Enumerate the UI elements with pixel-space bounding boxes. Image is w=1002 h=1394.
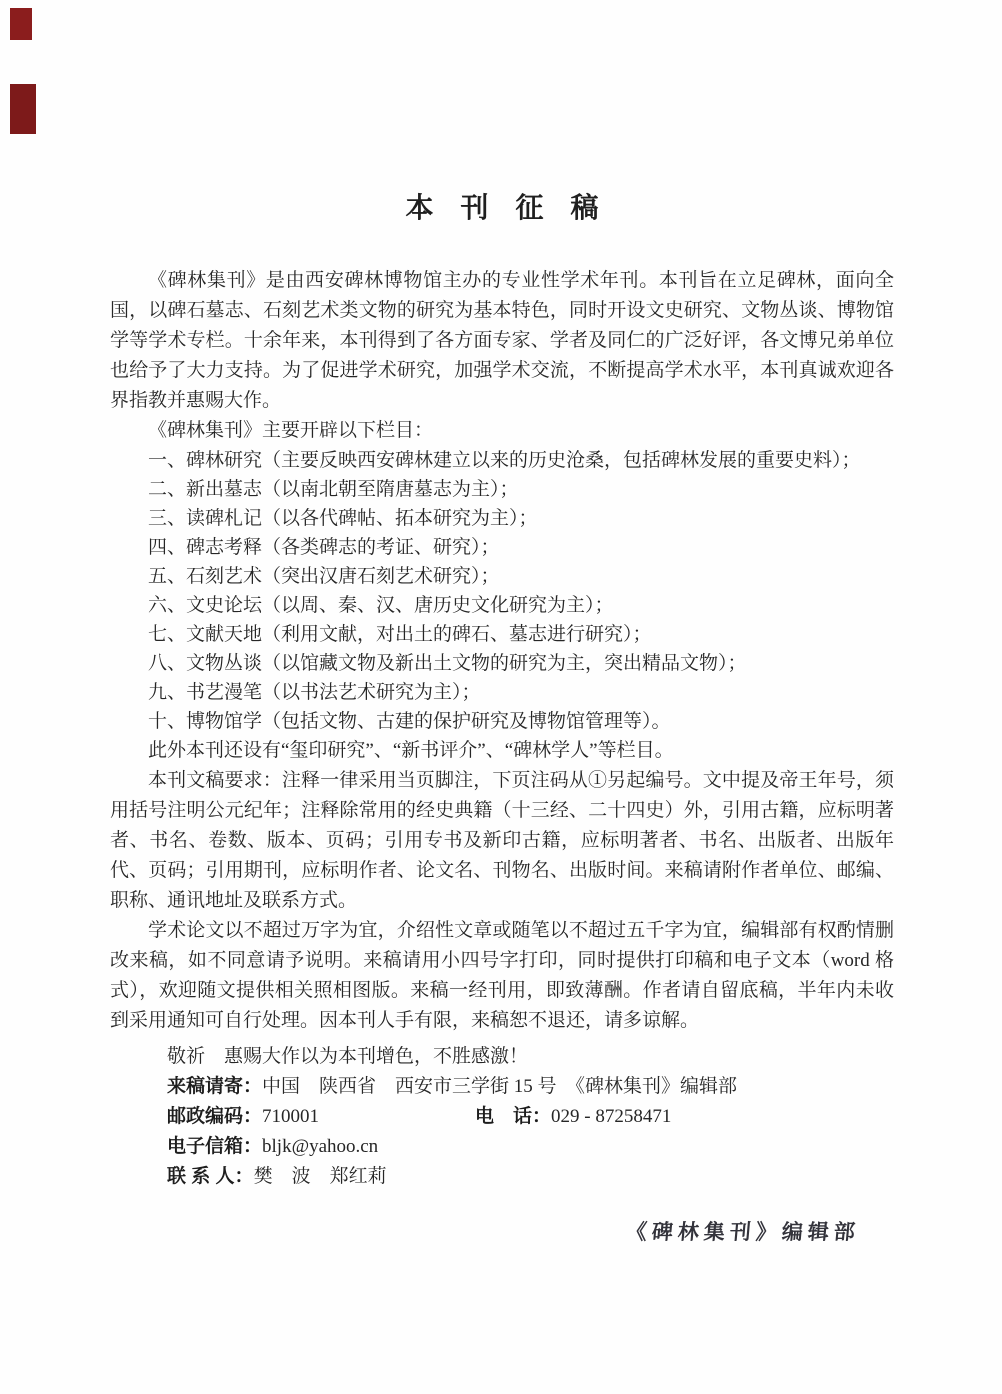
intro-paragraph: 《碑林集刊》是由西安碑林博物馆主办的专业性学术年刊。本刊旨在立足碑林，面向全国，…	[110, 266, 894, 416]
document-content: 本 刊 征 稿 《碑林集刊》是由西安碑林博物馆主办的专业性学术年刊。本刊旨在立足…	[110, 186, 894, 1192]
column-item: 三、读碑札记（以各代碑帖、拓本研究为主）；	[110, 504, 894, 533]
phone-value: 029 - 87258471	[551, 1106, 671, 1127]
column-item: 五、石刻艺术（突出汉唐石刻艺术研究）；	[110, 562, 894, 591]
page-title: 本 刊 征 稿	[110, 186, 894, 226]
corner-stamp-mark	[10, 8, 32, 40]
column-item: 二、新出墓志（以南北朝至隋唐墓志为主）；	[110, 475, 894, 504]
address-label: 来稿请寄：	[167, 1076, 262, 1097]
contact-person-label: 联 系 人：	[167, 1166, 254, 1187]
email-label: 电子信箱：	[167, 1136, 262, 1157]
column-item: 一、碑林研究（主要反映西安碑林建立以来的历史沧桑，包括碑林发展的重要史料）；	[110, 446, 894, 475]
columns-extra: 此外本刊还设有“玺印研究”、“新书评介”、“碑林学人”等栏目。	[110, 736, 894, 766]
column-item: 四、碑志考释（各类碑志的考证、研究）；	[110, 533, 894, 562]
phone-label: 电 话：	[475, 1106, 551, 1127]
column-item: 七、文献天地（利用文献，对出土的碑石、墓志进行研究）；	[110, 620, 894, 649]
column-item: 十、博物馆学（包括文物、古建的保护研究及博物馆管理等）。	[110, 707, 894, 736]
contact-person-row: 联 系 人：樊 波 郑红莉	[110, 1162, 894, 1192]
email-row: 电子信箱：bljk@yahoo.cn	[110, 1132, 894, 1162]
submission-paragraph: 学术论文以不超过万字为宜，介绍性文章或随笔以不超过五千字为宜，编辑部有权酌情删改…	[110, 916, 894, 1036]
columns-lead: 《碑林集刊》主要开辟以下栏目：	[110, 416, 894, 446]
editorial-signature: 《碑林集刊》编辑部	[625, 1216, 862, 1246]
email-value: bljk@yahoo.cn	[262, 1136, 378, 1157]
column-item: 八、文物丛谈（以馆藏文物及新出土文物的研究为主，突出精品文物）；	[110, 649, 894, 678]
corner-stamp-mark	[10, 84, 36, 134]
postal-label: 邮政编码：	[167, 1106, 262, 1127]
contact-person-value: 樊 波 郑红莉	[254, 1166, 387, 1187]
postal-part: 邮政编码：710001	[167, 1102, 475, 1132]
postal-phone-row: 邮政编码：710001电 话：029 - 87258471	[110, 1102, 894, 1132]
postal-value: 710001	[262, 1106, 319, 1127]
thanks-line: 敬祈 惠赐大作以为本刊增色，不胜感激！	[110, 1042, 894, 1072]
requirements-paragraph: 本刊文稿要求：注释一律采用当页脚注，下页注码从①另起编号。文中提及帝王年号，须用…	[110, 766, 894, 916]
columns-list: 一、碑林研究（主要反映西安碑林建立以来的历史沧桑，包括碑林发展的重要史料）； 二…	[110, 446, 894, 736]
document-page: 本 刊 征 稿 《碑林集刊》是由西安碑林博物馆主办的专业性学术年刊。本刊旨在立足…	[0, 0, 1002, 1394]
column-item: 九、书艺漫笔（以书法艺术研究为主）；	[110, 678, 894, 707]
address-row: 来稿请寄：中国 陕西省 西安市三学街 15 号 《碑林集刊》编辑部	[110, 1072, 894, 1102]
column-item: 六、文史论坛（以周、秦、汉、唐历史文化研究为主）；	[110, 591, 894, 620]
address-value: 中国 陕西省 西安市三学街 15 号 《碑林集刊》编辑部	[262, 1076, 737, 1097]
